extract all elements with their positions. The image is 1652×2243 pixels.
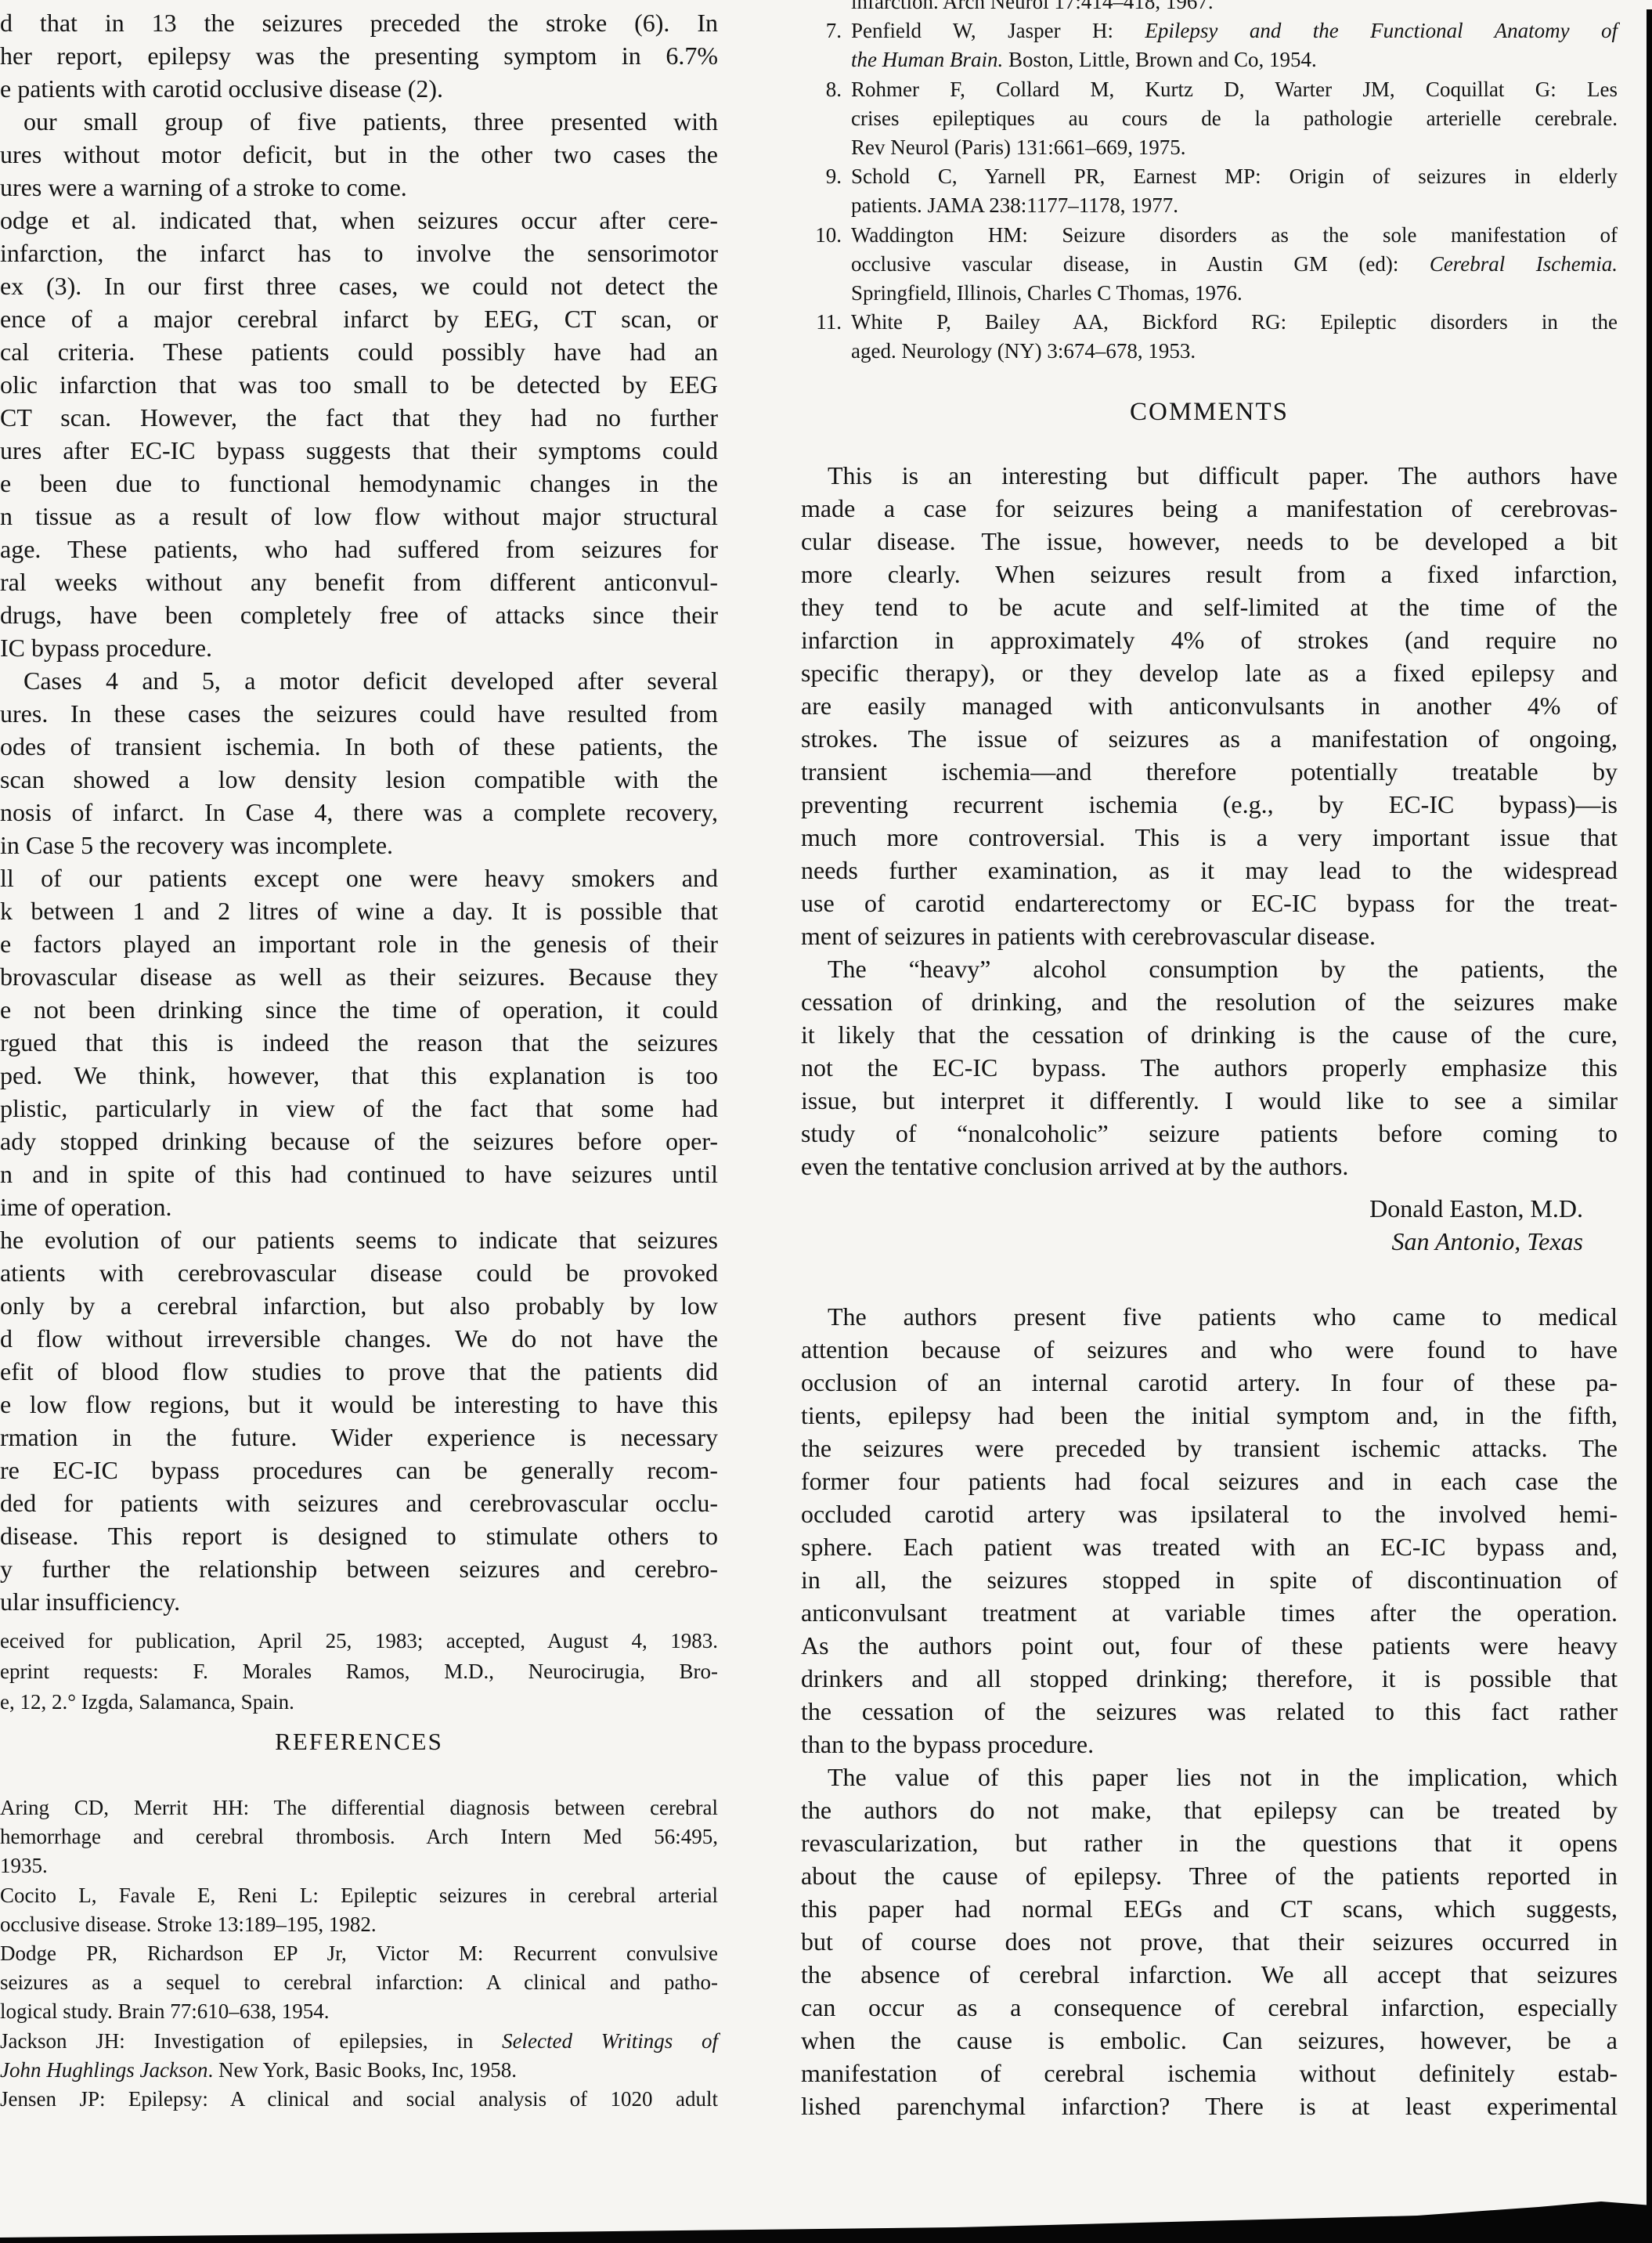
text-line: e not been drinking since the time of op…: [0, 993, 718, 1026]
text-line: ded for patients with seizures and cereb…: [0, 1486, 718, 1519]
text-line: made a case for seizures being a manifes…: [801, 492, 1618, 525]
text-line: The authors present five patients who ca…: [801, 1300, 1618, 1333]
text-line: attention because of seizures and who we…: [801, 1333, 1618, 1366]
text-line: our small group of five patients, three …: [0, 105, 718, 138]
text-line: even the tentative conclusion arrived at…: [801, 1150, 1618, 1183]
text-line: infarction, the infarct has to involve t…: [0, 237, 718, 269]
text-line: Waddington HM: Seizure disorders as the …: [851, 221, 1618, 250]
text-line: the absence of cerebral infarction. We a…: [801, 1958, 1618, 1991]
text-line: needs further examination, as it may lea…: [801, 854, 1618, 887]
text-line: odes of transient ischemia. In both of t…: [0, 730, 718, 763]
text-line: e patients with carotid occlusive diseas…: [0, 72, 718, 105]
text-line: this paper had normal EEGs and CT scans,…: [801, 1892, 1618, 1925]
text-line: John Hughlings Jackson. New York, Basic …: [0, 2056, 718, 2085]
page-canvas: COMMENTS REFERENCES Donald Easton, M.D. …: [0, 0, 1652, 2243]
scan-edge-right-bar: [1647, 9, 1652, 2243]
text-line: This is an interesting but difficult pap…: [801, 459, 1618, 492]
text-line: e low flow regions, but it would be inte…: [0, 1388, 718, 1421]
text-line: White P, Bailey AA, Bickford RG: Epilept…: [851, 308, 1618, 337]
signature-location: San Antonio, Texas: [801, 1225, 1583, 1258]
text-line: he evolution of our patients seems to in…: [0, 1223, 718, 1256]
text-line: rgued that this is indeed the reason tha…: [0, 1026, 718, 1059]
text-line: eprint requests: F. Morales Ramos, M.D.,…: [0, 1656, 718, 1687]
text-line: ral weeks without any benefit from diffe…: [0, 565, 718, 598]
text-line: than to the bypass procedure.: [801, 1728, 1618, 1761]
text-line: ures. In these cases the seizures could …: [0, 697, 718, 730]
text-line: hemorrhage and cerebral thrombosis. Arch…: [0, 1822, 718, 1851]
text-line: ped. We think, however, that this explan…: [0, 1059, 718, 1092]
text-line: e been due to functional hemodynamic cha…: [0, 467, 718, 500]
text-line: transient ischemia—and therefore potenti…: [801, 755, 1618, 788]
text-line: can occur as a consequence of cerebral i…: [801, 1991, 1618, 2024]
text-line: occlusive vascular disease, in Austin GM…: [851, 250, 1618, 279]
text-line: The value of this paper lies not in the …: [801, 1761, 1618, 1793]
comment-signature: Donald Easton, M.D. San Antonio, Texas: [801, 1192, 1583, 1258]
reference-number: 9.: [801, 162, 842, 191]
text-line: ures were a warning of a stroke to come.: [0, 171, 718, 204]
text-line: re EC-IC bypass procedures can be genera…: [0, 1454, 718, 1486]
text-line: IC bypass procedure.: [0, 631, 718, 664]
text-line: study of “nonalcoholic” seizure patients…: [801, 1117, 1618, 1150]
text-line: use of carotid endarterectomy or EC-IC b…: [801, 887, 1618, 919]
text-line: tients, epilepsy had been the initial sy…: [801, 1399, 1618, 1432]
text-line: crises epileptiques au cours de la patho…: [851, 104, 1618, 133]
text-line: in Case 5 the recovery was incomplete.: [0, 829, 718, 861]
text-line: cessation of drinking, and the resolutio…: [801, 985, 1618, 1018]
text-line: occlusive disease. Stroke 13:189–195, 19…: [0, 1910, 718, 1939]
text-line: Jensen JP: Epilepsy: A clinical and soci…: [0, 2085, 718, 2114]
text-line: but of course does not prove, that their…: [801, 1925, 1618, 1958]
text-line: in all, the seizures stopped in spite of…: [801, 1563, 1618, 1596]
text-line: Rohmer F, Collard M, Kurtz D, Warter JM,…: [851, 75, 1618, 104]
text-line: Cocito L, Favale E, Reni L: Epileptic se…: [0, 1881, 718, 1910]
text-line: drinkers and all stopped drinking; there…: [801, 1662, 1618, 1695]
text-line: cal criteria. These patients could possi…: [0, 335, 718, 368]
comments-section-heading: COMMENTS: [801, 398, 1618, 427]
text-line: Springfield, Illinois, Charles C Thomas,…: [851, 279, 1618, 308]
text-line: about the cause of epilepsy. Three of th…: [801, 1859, 1618, 1892]
text-line: ment of seizures in patients with cerebr…: [801, 919, 1618, 952]
text-line: disease. This report is designed to stim…: [0, 1519, 718, 1552]
text-line: Schold C, Yarnell PR, Earnest MP: Origin…: [851, 162, 1618, 191]
text-line: specific therapy), or they develop late …: [801, 656, 1618, 689]
text-line: e factors played an important role in th…: [0, 927, 718, 960]
text-line: age. These patients, who had suffered fr…: [0, 533, 718, 565]
text-line: e, 12, 2.° Izgda, Salamanca, Spain.: [0, 1687, 718, 1717]
text-line: seizures as a sequel to cerebral infarct…: [0, 1968, 718, 1997]
text-line: occlusion of an internal carotid artery.…: [801, 1366, 1618, 1399]
reference-number: 8.: [801, 75, 842, 104]
text-line: ures without motor deficit, but in the o…: [0, 138, 718, 171]
text-line: eceived for publication, April 25, 1983;…: [0, 1626, 718, 1656]
text-line: patients. JAMA 238:1177–1178, 1977.: [851, 191, 1618, 220]
text-line: plistic, particularly in view of the fac…: [0, 1092, 718, 1125]
text-line: atients with cerebrovascular disease cou…: [0, 1256, 718, 1289]
text-line: Cases 4 and 5, a motor deficit developed…: [0, 664, 718, 697]
text-line: much more controversial. This is a very …: [801, 821, 1618, 854]
text-line: manifestation of cerebral ischemia witho…: [801, 2057, 1618, 2089]
text-line: issue, but interpret it differently. I w…: [801, 1084, 1618, 1117]
reference-number: 11.: [801, 308, 842, 337]
text-line: As the authors point out, four of these …: [801, 1629, 1618, 1662]
text-line: k between 1 and 2 litres of wine a day. …: [0, 894, 718, 927]
text-line: only by a cerebral infarction, but also …: [0, 1289, 718, 1322]
text-line: d flow without irreversible changes. We …: [0, 1322, 718, 1355]
text-line: sphere. Each patient was treated with an…: [801, 1530, 1618, 1563]
text-line: Penfield W, Jasper H: Epilepsy and the F…: [851, 16, 1618, 45]
text-line: brovascular disease as well as their sei…: [0, 960, 718, 993]
text-line: Dodge PR, Richardson EP Jr, Victor M: Re…: [0, 1939, 718, 1968]
text-line: when the cause is embolic. Can seizures,…: [801, 2024, 1618, 2057]
text-line: preventing recurrent ischemia (e.g., by …: [801, 788, 1618, 821]
text-line: not the EC-IC bypass. The authors proper…: [801, 1051, 1618, 1084]
text-line: it likely that the cessation of drinking…: [801, 1018, 1618, 1051]
text-line: infarction in approximately 4% of stroke…: [801, 623, 1618, 656]
text-line: infarction. Arch Neurol 17:414–418, 1967…: [851, 0, 1618, 16]
text-line: are easily managed with anticonvulsants …: [801, 689, 1618, 722]
references-section-heading: REFERENCES: [0, 1728, 718, 1756]
text-line: ex (3). In our first three cases, we cou…: [0, 269, 718, 302]
text-line: anticonvulsant treatment at variable tim…: [801, 1596, 1618, 1629]
text-line: the seizures were preceded by transient …: [801, 1432, 1618, 1465]
scanned-journal-page: { "colors": { "page_bg": "#f6f5f2", "ink…: [0, 0, 1652, 2243]
text-line: logical study. Brain 77:610–638, 1954.: [0, 1997, 718, 2026]
text-line: Jackson JH: Investigation of epilepsies,…: [0, 2027, 718, 2056]
text-line: ll of our patients except one were heavy…: [0, 861, 718, 894]
reference-number: 10.: [801, 221, 842, 250]
text-line: drugs, have been completely free of atta…: [0, 598, 718, 631]
text-line: ence of a major cerebral infarct by EEG,…: [0, 302, 718, 335]
text-line: Rev Neurol (Paris) 131:661–669, 1975.: [851, 133, 1618, 162]
text-line: d that in 13 the seizures preceded the s…: [0, 6, 718, 39]
text-line: strokes. The issue of seizures as a mani…: [801, 722, 1618, 755]
text-line: The “heavy” alcohol consumption by the p…: [801, 952, 1618, 985]
text-line: the authors do not make, that epilepsy c…: [801, 1793, 1618, 1826]
text-line: ures after EC-IC bypass suggests that th…: [0, 434, 718, 467]
text-line: they tend to be acute and self-limited a…: [801, 591, 1618, 623]
text-line: odge et al. indicated that, when seizure…: [0, 204, 718, 237]
text-line: former four patients had focal seizures …: [801, 1465, 1618, 1497]
text-line: olic infarction that was too small to be…: [0, 368, 718, 401]
text-line: rmation in the future. Wider experience …: [0, 1421, 718, 1454]
text-line: scan showed a low density lesion compati…: [0, 763, 718, 796]
text-line: Aring CD, Merrit HH: The differential di…: [0, 1793, 718, 1822]
text-line: nosis of infarct. In Case 4, there was a…: [0, 796, 718, 829]
text-line: n and in spite of this had continued to …: [0, 1158, 718, 1190]
text-line: efit of blood flow studies to prove that…: [0, 1355, 718, 1388]
reference-number: 7.: [801, 16, 842, 45]
text-line: aged. Neurology (NY) 3:674–678, 1953.: [851, 337, 1618, 366]
text-line: occluded carotid artery was ipsilateral …: [801, 1497, 1618, 1530]
text-line: the Human Brain. Boston, Little, Brown a…: [851, 45, 1618, 74]
text-line: 1935.: [0, 1851, 718, 1880]
text-line: her report, epilepsy was the presenting …: [0, 39, 718, 72]
text-line: n tissue as a result of low flow without…: [0, 500, 718, 533]
text-line: ady stopped drinking because of the seiz…: [0, 1125, 718, 1158]
text-line: ular insufficiency.: [0, 1585, 718, 1618]
text-line: CT scan. However, the fact that they had…: [0, 401, 718, 434]
text-line: cular disease. The issue, however, needs…: [801, 525, 1618, 558]
text-line: more clearly. When seizures result from …: [801, 558, 1618, 591]
signature-name: Donald Easton, M.D.: [801, 1192, 1583, 1225]
text-line: lished parenchymal infarction? There is …: [801, 2089, 1618, 2122]
text-line: ime of operation.: [0, 1190, 718, 1223]
text-line: revascularization, but rather in the que…: [801, 1826, 1618, 1859]
text-line: the cessation of the seizures was relate…: [801, 1695, 1618, 1728]
text-line: y further the relationship between seizu…: [0, 1552, 718, 1585]
